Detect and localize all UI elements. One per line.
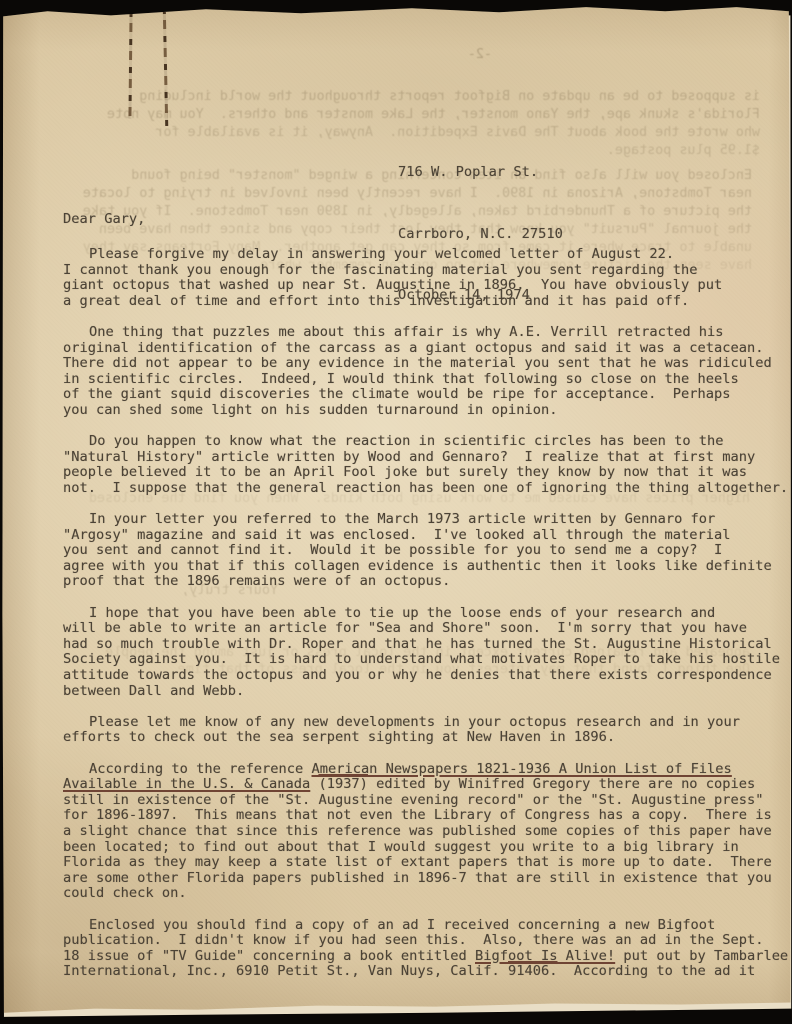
text-segment: still in existence of the "St. Augustine… xyxy=(63,792,763,808)
text-segment: Please forgive my delay in answering you… xyxy=(89,246,674,262)
text-segment: I hope that you have been able to tie up… xyxy=(89,605,715,621)
letter-line: Do you happen to know what the reaction … xyxy=(63,434,785,450)
letter-line: been located; to find out about that I w… xyxy=(63,840,785,856)
paragraph: Please forgive my delay in answering you… xyxy=(63,247,785,309)
underlined-text: American Newspapers 1821-1936 A Union Li… xyxy=(312,761,732,777)
letter-line: "Natural History" article written by Woo… xyxy=(63,450,785,466)
text-segment: between Dall and Webb. xyxy=(63,683,244,699)
letter-line: are some other Florida papers published … xyxy=(63,871,785,887)
overlined-text: (1937) xyxy=(318,776,367,792)
paragraph: Enclosed you should find a copy of an ad… xyxy=(63,918,785,980)
text-segment: you can shed some light on his sudden tu… xyxy=(63,402,557,418)
letter-line: in scientific circles. Indeed, I would t… xyxy=(63,372,785,388)
letter-line: not. I suppose that the general reaction… xyxy=(63,481,785,497)
address-line: Carrboro, N.C. 27510 xyxy=(398,224,563,245)
underlined-text: Available in the U.S. & Canada xyxy=(63,776,310,792)
letter-line: I hope that you have been able to tie up… xyxy=(63,606,785,622)
letter-line: still in existence of the "St. Augustine… xyxy=(63,793,785,809)
bleedthrough-text: -2- xyxy=(432,47,492,62)
bleedthrough-text: $1.95 plus postage. xyxy=(560,143,760,158)
text-segment: people believed it to be an April Fool j… xyxy=(63,464,747,480)
text-segment: not. I suppose that the general reaction… xyxy=(63,480,788,496)
bleedthrough-text: is supposed to be an update on Bigfoot r… xyxy=(85,89,760,104)
text-segment: publication. I didn't know if you had se… xyxy=(63,932,763,948)
letter-line: for 1896-1897. This means that not even … xyxy=(63,808,785,824)
scan-backdrop: { "colors": { "backdrop": "#0a0806", "pa… xyxy=(0,0,792,1024)
address-line: 716 W. Poplar St. xyxy=(398,162,563,183)
letter-page: -2-is supposed to be an update on Bigfoo… xyxy=(0,0,792,1024)
underlined-text: Bigfoot Is Alive! xyxy=(475,948,615,964)
letter-line: between Dall and Webb. xyxy=(63,684,785,700)
letter-line: will be able to write an article for "Se… xyxy=(63,621,785,637)
paragraph: Please let me know of any new developmen… xyxy=(63,715,785,746)
overlined-text: 91406. xyxy=(508,963,557,979)
text-segment: I cannot thank you enough for the fascin… xyxy=(63,262,698,278)
text-segment: original identification of the carcass a… xyxy=(63,340,763,356)
text-segment: According to the reference xyxy=(89,761,312,777)
letter-line: In your letter you referred to the March… xyxy=(63,512,785,528)
letter-line: people believed it to be an April Fool j… xyxy=(63,465,785,481)
paragraph: One thing that puzzles me about this aff… xyxy=(63,325,785,419)
text-segment: for 1896-1897. This means that not even … xyxy=(63,807,772,823)
paragraph: I hope that you have been able to tie up… xyxy=(63,606,785,700)
letter-line: There did not appear to be any evidence … xyxy=(63,356,785,372)
letter-line: attitude towards the octopus and you or … xyxy=(63,668,785,684)
text-segment: in scientific circles. Indeed, I would t… xyxy=(63,371,739,387)
letter-line: could check on. xyxy=(63,886,785,902)
paragraph: Do you happen to know what the reaction … xyxy=(63,434,785,496)
text-segment: Society against you. It is hard to under… xyxy=(63,651,780,667)
text-segment: will be able to write an article for "Se… xyxy=(63,620,747,636)
letter-line: original identification of the carcass a… xyxy=(63,341,785,357)
text-segment: efforts to check out the sea serpent sig… xyxy=(63,729,615,745)
letter-line: you sent and cannot find it. Would it be… xyxy=(63,543,785,559)
text-segment: "Argosy" magazine and said it was enclos… xyxy=(63,527,731,543)
text-segment: edited by Winifred Gregory there are no … xyxy=(368,776,755,792)
letter-line: One thing that puzzles me about this aff… xyxy=(63,325,785,341)
letter-line: you can shed some light on his sudden tu… xyxy=(63,403,785,419)
letter-line: publication. I didn't know if you had se… xyxy=(63,933,785,949)
letter-line: Florida as they may keep a state list of… xyxy=(63,855,785,871)
text-segment: a slight chance that since this referenc… xyxy=(63,823,772,839)
crease-mark-left xyxy=(128,11,132,119)
text-segment: "Natural History" article written by Woo… xyxy=(63,449,755,465)
text-segment: According to the ad it xyxy=(557,963,755,979)
text-segment: Do you happen to know what the reaction … xyxy=(89,433,724,449)
letter-line: giant octopus that washed up near St. Au… xyxy=(63,278,785,294)
letter-line: a slight chance that since this referenc… xyxy=(63,824,785,840)
text-segment: could check on. xyxy=(63,885,187,901)
letter-line: "Argosy" magazine and said it was enclos… xyxy=(63,528,785,544)
letter-line: proof that the 1896 remains were of an o… xyxy=(63,574,785,590)
salutation: Dear Gary, xyxy=(63,211,145,227)
paragraph: In your letter you referred to the March… xyxy=(63,512,785,590)
letter-line: Available in the U.S. & Canada (1937) ed… xyxy=(63,777,785,793)
text-segment: In your letter you referred to the March… xyxy=(89,511,715,527)
text-segment: are some other Florida papers published … xyxy=(63,870,772,886)
text-segment: you sent and cannot find it. Would it be… xyxy=(63,542,722,558)
letter-line: Society against you. It is hard to under… xyxy=(63,652,785,668)
paragraph: According to the reference American News… xyxy=(63,762,785,902)
letter-line: According to the reference American News… xyxy=(63,762,785,778)
letter-line: Please forgive my delay in answering you… xyxy=(63,247,785,263)
text-segment: International, Inc., 6910 Petit St., Van… xyxy=(63,963,508,979)
text-segment: There did not appear to be any evidence … xyxy=(63,355,772,371)
text-segment: Please let me know of any new developmen… xyxy=(89,714,740,730)
letter-line: I cannot thank you enough for the fascin… xyxy=(63,263,785,279)
letter-line: Enclosed you should find a copy of an ad… xyxy=(63,918,785,934)
letter-line: 18 issue of "TV Guide" concerning a book… xyxy=(63,949,785,965)
text-segment: attitude towards the octopus and you or … xyxy=(63,667,772,683)
text-segment: of the giant squid discoveries the clima… xyxy=(63,386,731,402)
letter-line: agree with you that if this collagen evi… xyxy=(63,559,785,575)
letter-line: of the giant squid discoveries the clima… xyxy=(63,387,785,403)
letter-line: efforts to check out the sea serpent sig… xyxy=(63,730,785,746)
text-segment: put out by Tambarlee xyxy=(615,948,788,964)
letter-body: Please forgive my delay in answering you… xyxy=(63,247,785,996)
text-segment: had so much trouble with Dr. Roper and t… xyxy=(63,636,772,652)
letter-line: had so much trouble with Dr. Roper and t… xyxy=(63,637,785,653)
letter-line: a great deal of time and effort into thi… xyxy=(63,294,785,310)
text-segment: been located; to find out about that I w… xyxy=(63,839,739,855)
text-segment: One thing that puzzles me about this aff… xyxy=(89,324,724,340)
text-segment: Florida as they may keep a state list of… xyxy=(63,854,772,870)
text-segment: giant octopus that washed up near St. Au… xyxy=(63,277,722,293)
letter-line: International, Inc., 6910 Petit St., Van… xyxy=(63,964,785,980)
text-segment: proof that the 1896 remains were of an o… xyxy=(63,573,450,589)
text-segment: a great deal of time and effort into thi… xyxy=(63,293,689,309)
bleedthrough-text: Florida's skunk ape, the Yano monster, t… xyxy=(85,107,760,122)
text-segment: Enclosed you should find a copy of an ad… xyxy=(89,917,715,933)
crease-mark-right xyxy=(163,8,168,126)
letter-line: Please let me know of any new developmen… xyxy=(63,715,785,731)
text-segment: agree with you that if this collagen evi… xyxy=(63,558,772,574)
text-segment: 18 issue of "TV Guide" concerning a book… xyxy=(63,948,475,964)
